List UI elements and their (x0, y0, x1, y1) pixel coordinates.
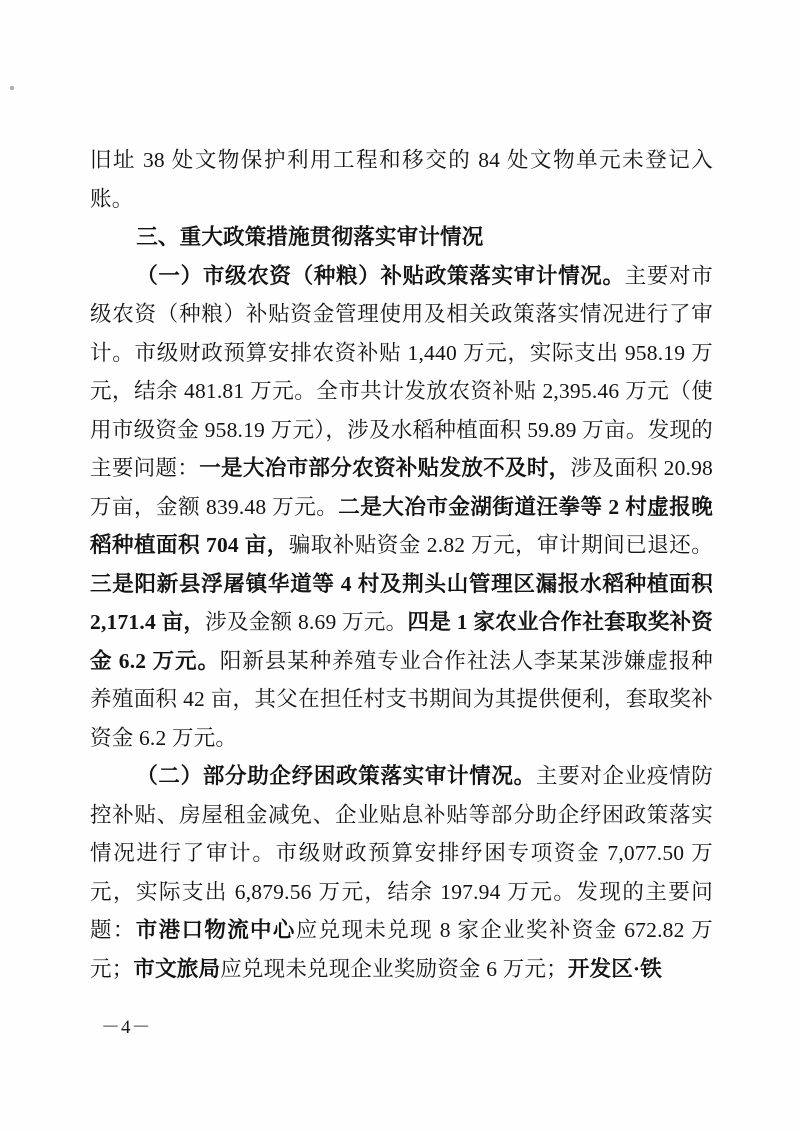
document-body: 旧址 38 处文物保护利用工程和移交的 84 处文物单元未登记入账。三、重大政策… (90, 141, 713, 988)
text-run: 旧址 38 处文物保护利用工程和移交的 84 处文物单元未登记入账。 (90, 148, 713, 211)
text-run-bold: 市港口物流中心 (136, 918, 296, 942)
section-heading-major-policy-audit: 三、重大政策措施贯彻落实审计情况 (90, 218, 713, 257)
page-number: －4－ (101, 1016, 152, 1040)
text-run: 主要对市级农资（种粮）补贴资金管理使用及相关政策落实情况进行了审计。市级财政预算… (90, 264, 713, 481)
text-run-bold: 市文旅局 (133, 957, 220, 981)
text-run-bold: 开发区·铁 (568, 957, 662, 981)
text-run: 应兑现未兑现企业奖励资金 6 万元； (220, 957, 568, 981)
text-run-bold: 一是大冶市部分农资补贴发放不及时， (199, 456, 570, 480)
text-run-bold: （一）市级农资（种粮）补贴政策落实审计情况。 (136, 264, 624, 288)
paragraph-enterprise-relief-audit: （二）部分助企纾困政策落实审计情况。主要对企业疫情防控补贴、房屋租金减免、企业贴… (90, 757, 713, 988)
text-run: 骗取补贴资金 2.82 万元，审计期间已退还。 (289, 533, 713, 557)
paragraph-agricultural-subsidy-audit: （一）市级农资（种粮）补贴政策落实审计情况。主要对市级农资（种粮）补贴资金管理使… (90, 257, 713, 758)
paragraph-continuation-cultural-relics: 旧址 38 处文物保护利用工程和移交的 84 处文物单元未登记入账。 (90, 141, 713, 218)
document-page: 旧址 38 处文物保护利用工程和移交的 84 处文物单元未登记入账。三、重大政策… (0, 0, 800, 1131)
scan-artifact-dot (10, 86, 14, 90)
text-run: 涉及金额 8.69 万元。 (205, 610, 407, 634)
text-run: 主要对企业疫情防控补贴、房屋租金减免、企业贴息补贴等部分助企纾困政策落实情况进行… (90, 764, 713, 942)
text-run-bold: 三、重大政策措施贯彻落实审计情况 (136, 225, 483, 249)
text-run-bold: （二）部分助企纾困政策落实审计情况。 (136, 764, 536, 788)
